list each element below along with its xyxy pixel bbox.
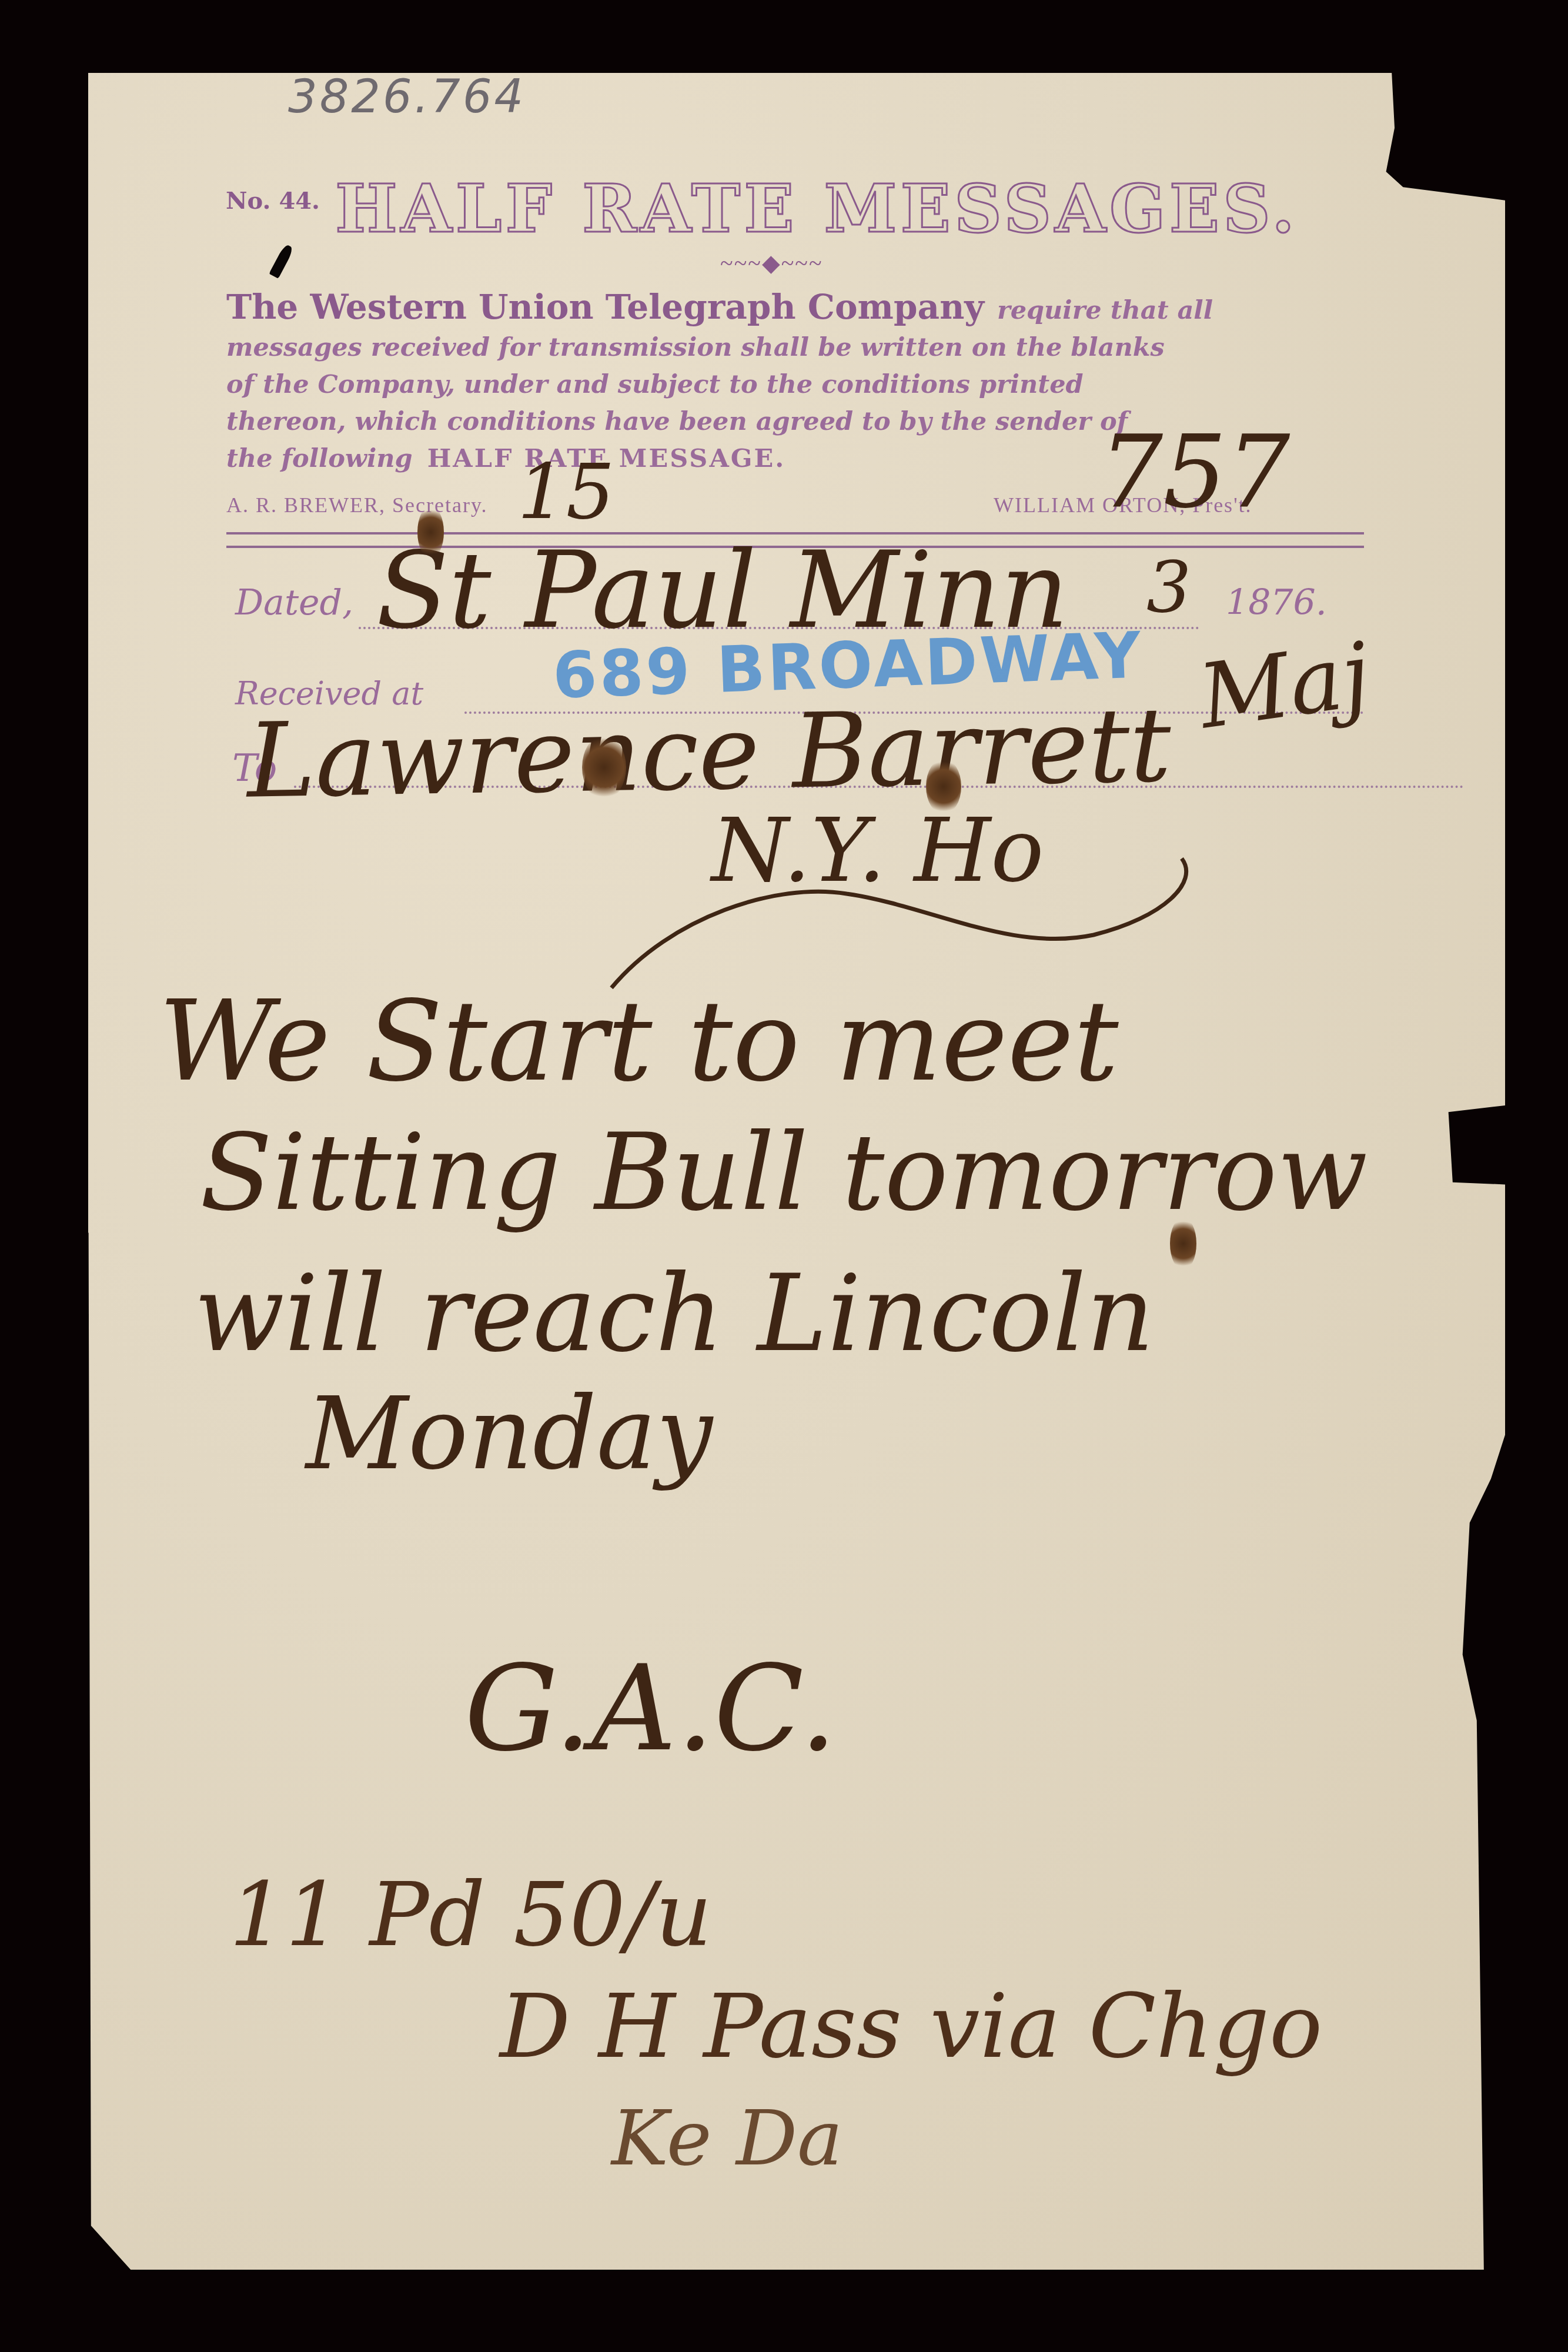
dated-label: Dated,	[235, 582, 353, 623]
handwritten-number-left: 15	[517, 447, 614, 536]
message-line-1: We Start to meet	[159, 976, 1119, 1106]
message-line-4: Monday	[306, 1376, 713, 1492]
message-line-3: will reach Lincoln	[194, 1252, 1155, 1375]
conditions-line-2: messages received for transmission shall…	[226, 329, 1213, 366]
signature: G.A.C.	[464, 1641, 837, 1778]
office-note-paid: 11 Pd 50/u	[229, 1864, 712, 1966]
ink-blot	[926, 759, 961, 814]
handwritten-number-right: 757	[1099, 415, 1290, 531]
secretary-name: A. R. BREWER, Secretary.	[226, 493, 488, 517]
conditions-line-5: the following	[226, 444, 413, 473]
office-note-routing: D H Pass via Chgo	[500, 1976, 1322, 2078]
catalog-number: 3826.764	[288, 71, 526, 123]
conditions-line-3: of the Company, under and subject to the…	[226, 366, 1213, 403]
office-note-initials: Ke Da	[611, 2093, 843, 2183]
ornament-divider: ~~~◆~~~	[720, 249, 823, 277]
conditions-line-1: require that all	[997, 296, 1213, 325]
handwritten-dated-day: 3	[1146, 547, 1191, 629]
handwritten-dated-place: St Paul Minn	[376, 529, 1069, 652]
ink-blot	[582, 735, 626, 800]
form-title: HALF RATE MESSAGES.	[335, 171, 1298, 248]
conditions-paragraph: The Western Union Telegraph Company requ…	[226, 287, 1213, 477]
company-name: The Western Union Telegraph Company	[226, 287, 984, 327]
year-printed: 1876.	[1226, 582, 1327, 623]
ink-blot	[417, 506, 444, 559]
conditions-line-4: thereon, which conditions have been agre…	[226, 403, 1213, 440]
message-line-2: Sitting Bull tomorrow	[200, 1111, 1368, 1234]
form-number: No. 44.	[226, 187, 320, 215]
